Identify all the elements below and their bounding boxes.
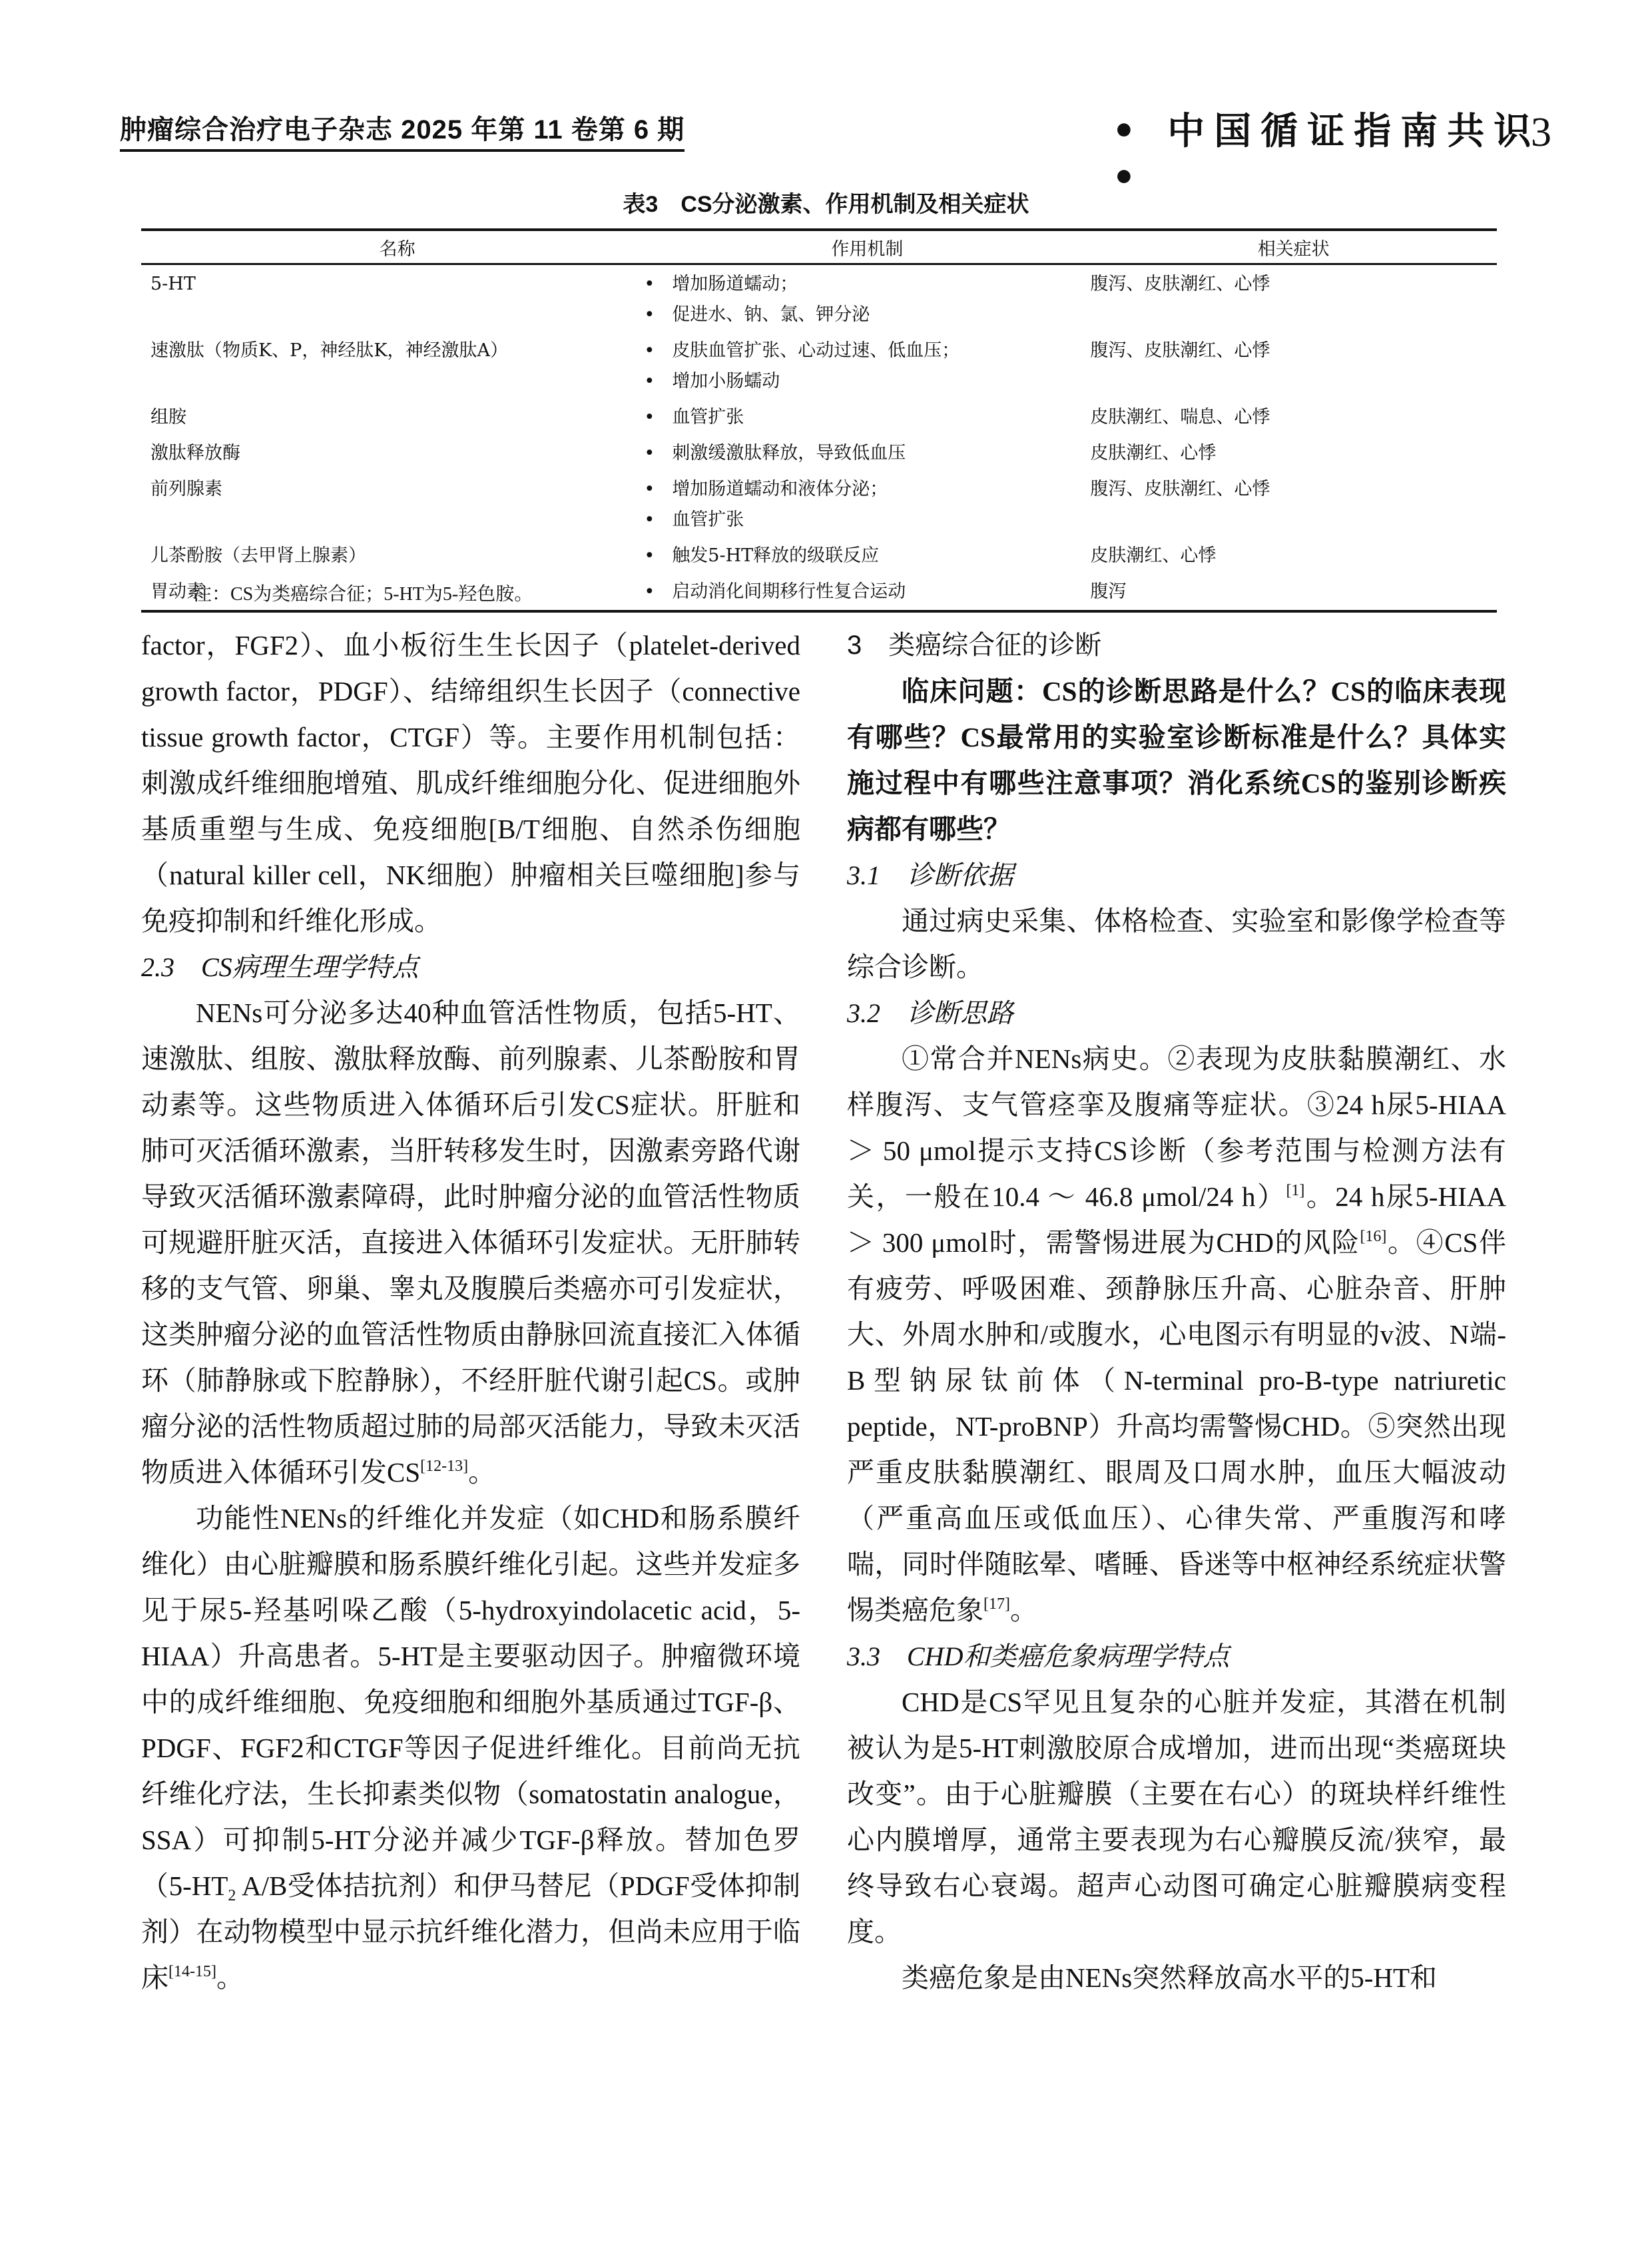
cell-name: 儿茶酚胺（去甲肾上腺素） [141, 537, 644, 573]
table-row: 前列腺素 •增加肠道蠕动和液体分泌； •血管扩张 腹泻、皮肤潮红、心悸 [141, 470, 1497, 537]
page-number: 3 [1531, 109, 1551, 156]
cell-mechanism: •刺激缓激肽释放，导致低血压 [644, 434, 1090, 470]
cell-mechanism: •血管扩张 [644, 398, 1090, 434]
right-column: 3 类癌综合征的诊断 临床问题：CS的诊断思路是什么？CS的临床表现有哪些？CS… [847, 623, 1506, 2001]
cell-symptoms: 腹泻、皮肤潮红、心悸 [1090, 332, 1497, 398]
cell-symptoms: 腹泻、皮肤潮红、心悸 [1090, 470, 1497, 537]
table-row: 5-HT •增加肠道蠕动； •促进水、钠、氯、钾分泌 腹泻、皮肤潮红、心悸 [141, 264, 1497, 332]
cell-mechanism: •增加肠道蠕动和液体分泌； •血管扩张 [644, 470, 1090, 537]
column-header-name: 名称 [141, 230, 644, 264]
cell-symptoms: 皮肤潮红、心悸 [1090, 537, 1497, 573]
bullet-icon: • [644, 366, 672, 397]
bullet-icon: • [644, 336, 672, 366]
cell-symptoms: 皮肤潮红、心悸 [1090, 434, 1497, 470]
table-row: 激肽释放酶 •刺激缓激肽释放，导致低血压 皮肤潮红、心悸 [141, 434, 1497, 470]
paragraph: NENs可分泌多达40种血管活性物质，包括5-HT、速激肽、组胺、激肽释放酶、前… [141, 990, 800, 1496]
cell-mechanism: •触发5-HT释放的级联反应 [644, 537, 1090, 573]
cell-symptoms: 腹泻、皮肤潮红、心悸 [1090, 264, 1497, 332]
section-heading-3-2: 3.2 诊断思路 [847, 990, 1506, 1036]
cell-mechanism: •增加肠道蠕动； •促进水、钠、氯、钾分泌 [644, 264, 1090, 332]
paragraph: 类癌危象是由NENs突然释放高水平的5-HT和 [847, 1955, 1506, 2001]
section-tag: • 中国循证指南共识 • [1112, 108, 1551, 201]
column-header-symptoms: 相关症状 [1090, 230, 1497, 264]
cell-name: 5-HT [141, 264, 644, 332]
section-heading-3-3: 3.3 CHD和类癌危象病理学特点 [847, 1633, 1506, 1679]
paragraph: CHD是CS罕见且复杂的心脏并发症，其潜在机制被认为是5-HT刺激胶原合成增加，… [847, 1679, 1506, 1955]
cell-name: 激肽释放酶 [141, 434, 644, 470]
cell-name: 组胺 [141, 398, 644, 434]
cell-symptoms: 腹泻 [1090, 573, 1497, 611]
section-heading-3: 3 类癌综合征的诊断 [847, 623, 1506, 669]
citation: [16] [1360, 1228, 1386, 1245]
bullet-icon: • [644, 505, 672, 535]
paragraph: 通过病史采集、体格检查、实验室和影像学检查等综合诊断。 [847, 898, 1506, 990]
table-row: 儿茶酚胺（去甲肾上腺素） •触发5-HT释放的级联反应 皮肤潮红、心悸 [141, 537, 1497, 573]
cell-name: 速激肽（物质K、P，神经肽K，神经激肽A） [141, 332, 644, 398]
column-header-mechanism: 作用机制 [644, 230, 1090, 264]
journal-info: 肿瘤综合治疗电子杂志 2025 年第 11 卷第 6 期 [120, 113, 685, 152]
cell-mechanism: •皮肤血管扩张、心动过速、低血压； •增加小肠蠕动 [644, 332, 1090, 398]
clinical-question: 临床问题：CS的诊断思路是什么？CS的临床表现有哪些？CS最常用的实验室诊断标准… [847, 669, 1506, 852]
citation: [17] [983, 1595, 1010, 1613]
bullet-icon: • [644, 269, 672, 300]
cell-symptoms: 皮肤潮红、喘息、心悸 [1090, 398, 1497, 434]
citation: [14-15] [168, 1963, 216, 1980]
bullet-icon: • [644, 402, 672, 433]
table-note: 注：CS为类癌综合征；5-HT为5-羟色胺。 [193, 581, 533, 608]
table-header-row: 名称 作用机制 相关症状 [141, 230, 1497, 264]
bullet-icon: • [644, 541, 672, 571]
cell-name: 前列腺素 [141, 470, 644, 537]
hormone-table: 名称 作用机制 相关症状 5-HT •增加肠道蠕动； •促进水、钠、氯、钾分泌 … [141, 228, 1497, 613]
page-header: 肿瘤综合治疗电子杂志 2025 年第 11 卷第 6 期 • 中国循证指南共识 … [120, 100, 1551, 160]
table-row: 组胺 •血管扩张 皮肤潮红、喘息、心悸 [141, 398, 1497, 434]
paragraph: factor，FGF2）、血小板衍生生长因子（platelet-derived … [141, 623, 800, 944]
bullet-icon: • [644, 438, 672, 469]
section-heading-2-3: 2.3 CS病理生理学特点 [141, 944, 800, 990]
bullet-icon: • [644, 577, 672, 607]
cell-mechanism: •启动消化间期移行性复合运动 [644, 573, 1090, 611]
citation: [1] [1286, 1182, 1304, 1199]
citation: [12-13] [420, 1458, 468, 1475]
left-column: factor，FGF2）、血小板衍生生长因子（platelet-derived … [141, 623, 800, 2001]
section-heading-3-1: 3.1 诊断依据 [847, 852, 1506, 898]
table-caption: 表3 CS分泌激素、作用机制及相关症状 [0, 190, 1652, 219]
paragraph: ①常合并NENs病史。②表现为皮肤黏膜潮红、水样腹泻、支气管痉挛及腹痛等症状。③… [847, 1036, 1506, 1633]
table-row: 速激肽（物质K、P，神经肽K，神经激肽A） •皮肤血管扩张、心动过速、低血压； … [141, 332, 1497, 398]
bullet-icon: • [644, 300, 672, 330]
paragraph: 功能性NENs的纤维化并发症（如CHD和肠系膜纤维化）由心脏瓣膜和肠系膜纤维化引… [141, 1496, 800, 2001]
bullet-icon: • [644, 474, 672, 505]
